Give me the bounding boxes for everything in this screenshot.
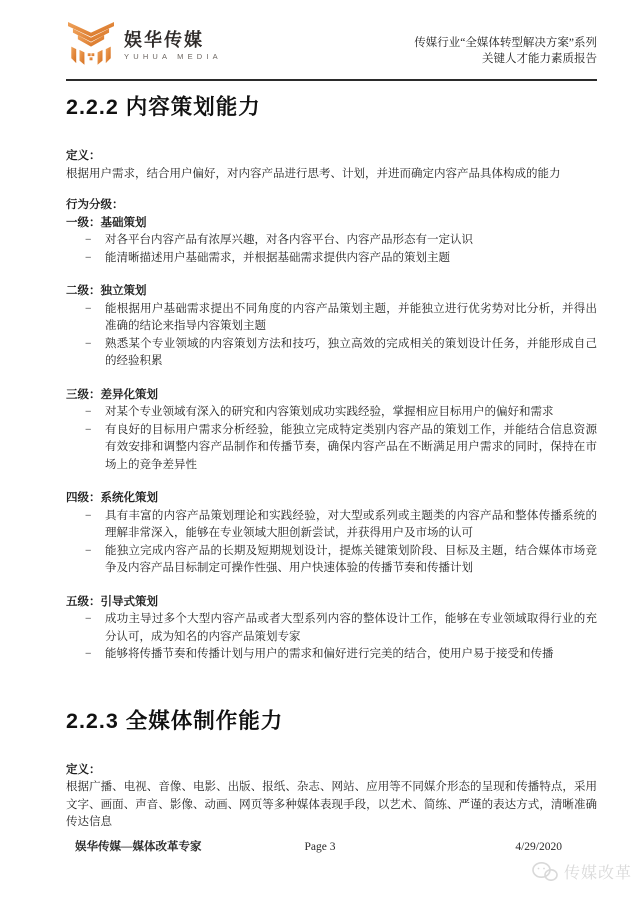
list-item: − 熟悉某个专业领域的内容策划方法和技巧，独立高效的完成相关的策划设计任务，并能… bbox=[66, 336, 597, 371]
section-2-2-2-title: 2.2.2 内容策划能力 bbox=[66, 90, 597, 121]
dash-bullet: − bbox=[85, 232, 105, 250]
document-page: 娱华传媒 YUHUA MEDIA 传媒行业“全媒体转型解决方案”系列 关键人才能… bbox=[0, 0, 640, 832]
definition-text: 根据广播、电视、音像、电影、出版、报纸、杂志、网站、应用等不同媒介形态的呈现和传… bbox=[66, 779, 597, 832]
dash-bullet: − bbox=[85, 611, 105, 646]
section-2-2-2-body: 定义： 根据用户需求，结合用户偏好，对内容产品进行思考、计划，并进而确定内容产品… bbox=[66, 148, 597, 664]
series-title-line1: 传媒行业“全媒体转型解决方案”系列 bbox=[414, 36, 597, 52]
brand-text: 娱华传媒 YUHUA MEDIA bbox=[124, 30, 222, 61]
level-2-block: 二级：独立策划 − 能根据用户基础需求提出不同角度的内容产品策划主题，并能独立进… bbox=[66, 283, 597, 371]
level-4-title: 四级：系统化策划 bbox=[66, 490, 597, 508]
definition-label: 定义： bbox=[66, 762, 597, 780]
list-item: − 对某个专业领域有深入的研究和内容策划成功实践经验，掌握相应目标用户的偏好和需… bbox=[66, 404, 597, 422]
list-item: − 具有丰富的内容产品策划理论和实践经验，对大型或系列或主题类的内容产品和整体传… bbox=[66, 508, 597, 543]
brand-name-cn: 娱华传媒 bbox=[124, 30, 222, 50]
level-5-block: 五级：引导式策划 − 成功主导过多个大型内容产品或者大型系列内容的整体设计工作，… bbox=[66, 594, 597, 664]
list-item: − 有良好的目标用户需求分析经验，能独立完成特定类别内容产品的策划工作，并能结合… bbox=[66, 422, 597, 475]
dash-bullet: − bbox=[85, 422, 105, 475]
dash-bullet: − bbox=[85, 250, 105, 268]
list-item: − 能独立完成内容产品的长期及短期规划设计，提炼关键策划阶段、目标及主题，结合媒… bbox=[66, 543, 597, 578]
list-item: − 成功主导过多个大型内容产品或者大型系列内容的整体设计工作，能够在专业领域取得… bbox=[66, 611, 597, 646]
footer-date: 4/29/2020 bbox=[335, 841, 640, 853]
brand-name-en: YUHUA MEDIA bbox=[124, 52, 222, 61]
yuhua-logo-icon bbox=[66, 22, 116, 68]
dash-bullet: − bbox=[85, 543, 105, 578]
level-1-title: 一级：基础策划 bbox=[66, 215, 597, 233]
level-4-block: 四级：系统化策划 − 具有丰富的内容产品策划理论和实践经验，对大型或系列或主题类… bbox=[66, 490, 597, 578]
section-2-2-3-title: 2.2.3 全媒体制作能力 bbox=[66, 704, 597, 735]
level-1-block: 一级：基础策划 − 对各平台内容产品有浓厚兴趣，对各内容平台、内容产品形态有一定… bbox=[66, 215, 597, 268]
level-3-title: 三级：差异化策划 bbox=[66, 387, 597, 405]
level-2-title: 二级：独立策划 bbox=[66, 283, 597, 301]
list-item: − 能根据用户基础需求提出不同角度的内容产品策划主题，并能独立进行优劣势对比分析… bbox=[66, 301, 597, 336]
footer-brand-text: 娱华传媒—媒体改革专家 bbox=[0, 838, 305, 854]
series-title-line2: 关键人才能力素质报告 bbox=[414, 52, 597, 68]
dash-bullet: − bbox=[85, 404, 105, 422]
brand-logo: 娱华传媒 YUHUA MEDIA bbox=[66, 22, 222, 68]
dash-bullet: − bbox=[85, 508, 105, 543]
list-item: − 能清晰描述用户基础需求，并根据基础需求提供内容产品的策划主题 bbox=[66, 250, 597, 268]
report-series-header: 传媒行业“全媒体转型解决方案”系列 关键人才能力素质报告 bbox=[414, 36, 597, 68]
page-footer: 娱华传媒—媒体改革专家 Page 3 4/29/2020 bbox=[0, 838, 640, 854]
behavior-levels-label: 行为分级： bbox=[66, 197, 597, 215]
definition-label: 定义： bbox=[66, 148, 597, 166]
wechat-watermark: 传媒改革 bbox=[531, 860, 632, 883]
dash-bullet: − bbox=[85, 336, 105, 371]
watermark-text: 传媒改革 bbox=[564, 860, 632, 883]
dash-bullet: − bbox=[85, 301, 105, 336]
section-2-2-3-body: 定义： 根据广播、电视、音像、电影、出版、报纸、杂志、网站、应用等不同媒介形态的… bbox=[66, 762, 597, 832]
list-item: − 能够将传播节奏和传播计划与用户的需求和偏好进行完美的结合，使用户易于接受和传… bbox=[66, 646, 597, 664]
page-header: 娱华传媒 YUHUA MEDIA 传媒行业“全媒体转型解决方案”系列 关键人才能… bbox=[66, 22, 597, 81]
list-item: − 对各平台内容产品有浓厚兴趣，对各内容平台、内容产品形态有一定认识 bbox=[66, 232, 597, 250]
level-3-block: 三级：差异化策划 − 对某个专业领域有深入的研究和内容策划成功实践经验，掌握相应… bbox=[66, 387, 597, 475]
wechat-icon bbox=[531, 861, 559, 883]
dash-bullet: − bbox=[85, 646, 105, 664]
definition-text: 根据用户需求，结合用户偏好，对内容产品进行思考、计划，并进而确定内容产品具体构成… bbox=[66, 166, 597, 184]
page-number: Page 3 bbox=[305, 841, 336, 853]
level-5-title: 五级：引导式策划 bbox=[66, 594, 597, 612]
